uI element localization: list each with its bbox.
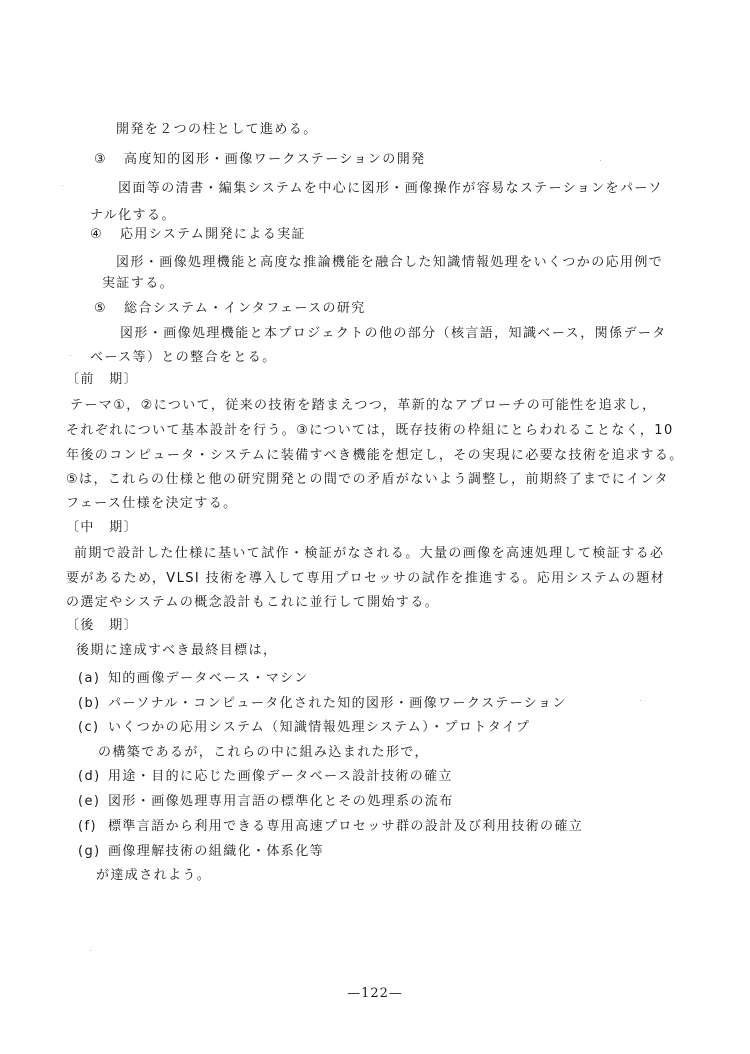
body-line: の構築であるが，これらの中に組み込まれた形で， <box>98 744 429 762</box>
scan-speck <box>62 185 63 186</box>
goal-item-f: (f)標準言語から利用できる専用高速プロセッサ群の設計及び利用技術の確立 <box>78 818 583 836</box>
goal-item-b: (b)パーソナル・コンピュータ化された知的図形・画像ワークステーション <box>78 695 567 713</box>
body-line: の選定やシステムの概念設計もこれに並行して開始する。 <box>66 594 439 612</box>
body-line: 図形・画像処理機能と本プロジェクトの他の部分（核言語，知識ベース，関係データ <box>120 325 667 343</box>
body-line: 前期で設計した仕様に基いて試作・検証がなされる。大量の画像を高速処理して検証する… <box>74 545 664 563</box>
scan-speck <box>600 160 601 161</box>
goal-item-c: (c)いくつかの応用システム（知識情報処理システム）・プロトタイプ <box>78 719 530 737</box>
section-heading-early: 〔前 期〕 <box>66 371 138 389</box>
body-line: 開発を２つの柱として進める。 <box>116 121 318 139</box>
item-marker: (e) <box>78 793 108 811</box>
goal-item-g: (g)画像理解技術の組織化・体系化等 <box>78 843 324 861</box>
body-line: 図面等の清書・編集システムを中心に図形・画像操作が容易なステーションをパーソ <box>118 180 663 198</box>
item-marker: (f) <box>78 818 108 836</box>
item-marker: (d) <box>78 768 108 786</box>
section-heading-middle: 〔中 期〕 <box>66 519 138 537</box>
item-marker: (b) <box>78 695 108 713</box>
scan-speck <box>640 700 641 701</box>
scan-speck <box>70 355 71 356</box>
goal-item-a: (a)知的画像データベース・マシン <box>78 670 309 688</box>
body-line: が達成されよう。 <box>96 867 211 885</box>
body-line: それぞれについて基本設計を行う。③については，既存技術の枠組にとらわれることなく… <box>66 422 674 440</box>
body-line: 要があるため，VLSI 技術を導入して専用プロセッサの試作を推進する。応用システ… <box>66 570 665 588</box>
list-item-3: ③高度知的図形・画像ワークステーションの開発 <box>94 151 426 169</box>
goal-item-e: (e)図形・画像処理専用言語の標準化とその処理系の流布 <box>78 793 454 811</box>
body-line: ナル化する。 <box>90 207 176 225</box>
body-line: 後期に達成すべき最終目標は， <box>76 642 277 660</box>
list-item-5: ⑤総合システム・インタフェースの研究 <box>94 300 366 318</box>
item-marker: (a) <box>78 670 108 688</box>
item-marker: (g) <box>78 843 108 861</box>
body-line: 図形・画像処理機能と高度な推論機能を融合した知識情報処理をいくつかの応用例で <box>116 254 663 272</box>
body-line: フェース仕様を決定する。 <box>66 495 238 513</box>
goal-item-d: (d)用途・目的に応じた画像データベース設計技術の確立 <box>78 768 453 786</box>
page-number: —122— <box>0 986 750 1001</box>
body-line: テーマ①，②について，従来の技術を踏まえつつ，革新的なアプローチの可能性を追求し… <box>70 397 656 415</box>
body-line: ⑤は，これらの仕様と他の研究開発との間での矛盾がないよう調整し，前期終了までにイ… <box>66 471 669 489</box>
item-marker: ④ <box>90 226 120 244</box>
item-marker: ⑤ <box>94 300 124 318</box>
body-line: ベース等）との整合をとる。 <box>90 349 277 367</box>
item-marker: ③ <box>94 151 124 169</box>
section-heading-late: 〔後 期〕 <box>66 617 138 635</box>
body-line: 年後のコンピュータ・システムに装備すべき機能を想定し，その実現に必要な技術を追求… <box>66 447 684 465</box>
document-page: 開発を２つの柱として進める。 ③高度知的図形・画像ワークステーションの開発 図面… <box>0 0 750 1054</box>
body-line: 実証する。 <box>102 275 174 293</box>
scan-speck <box>90 950 91 951</box>
item-marker: (c) <box>78 719 108 737</box>
list-item-4: ④応用システム開発による実証 <box>90 226 306 244</box>
